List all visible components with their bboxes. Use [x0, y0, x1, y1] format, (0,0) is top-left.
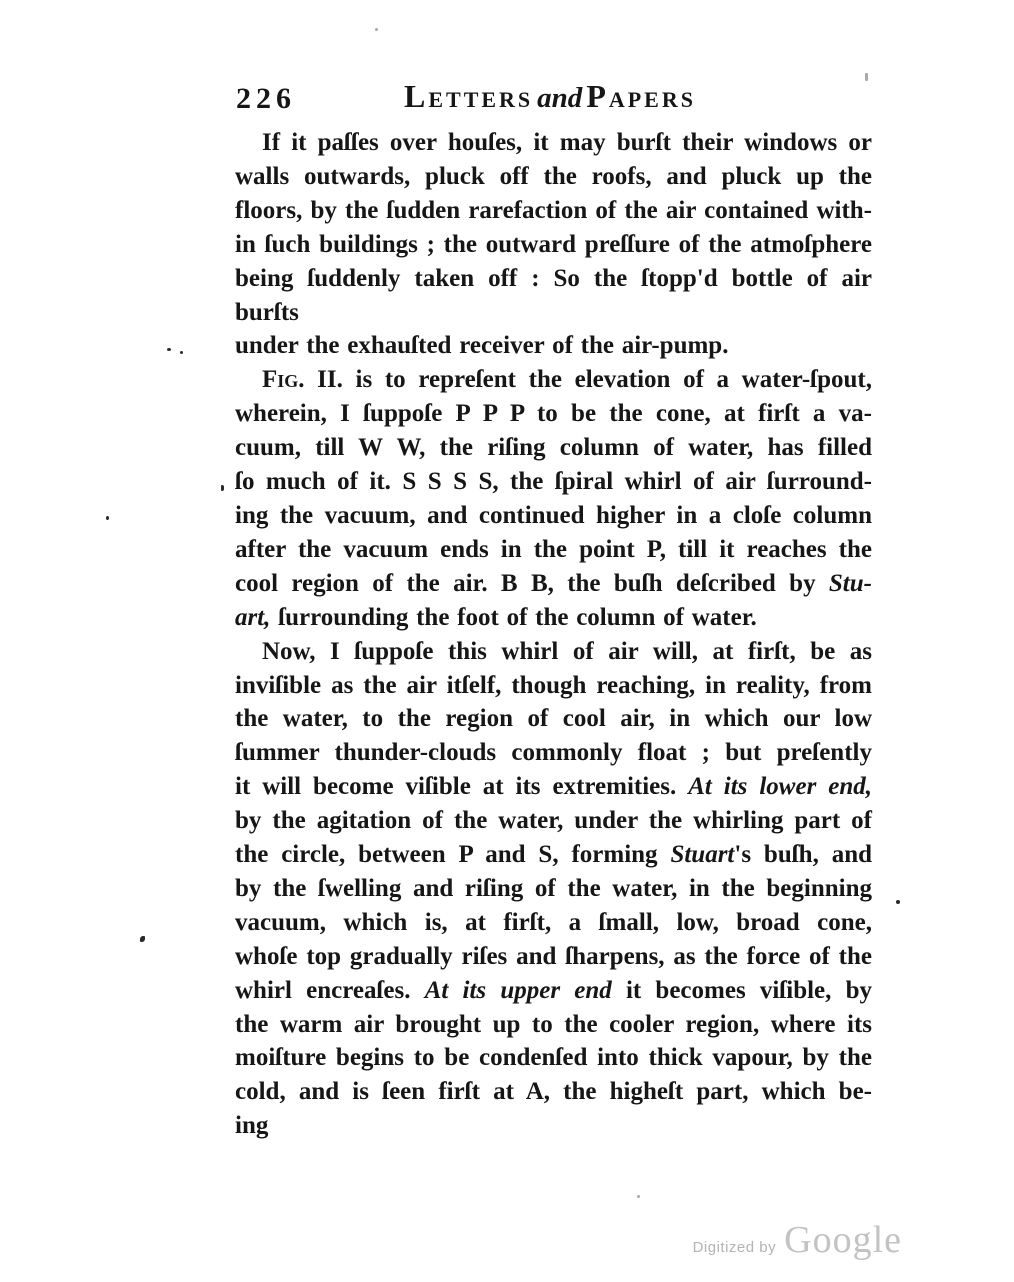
scan-speck: [180, 351, 183, 354]
paragraph-container: If it paſſes over houſes, it may burſt t…: [235, 126, 872, 1109]
text-line: cold, and is ſeen firſt at A, the higheſ…: [235, 1075, 872, 1109]
text-segment: cold, and is ſeen firſt at A, the higheſ…: [235, 1078, 872, 1105]
text-line: in ſuch buildings ; the outward preſſure…: [235, 228, 872, 262]
text-line: Now, I ſuppoſe this whirl of air will, a…: [235, 635, 872, 669]
text-line: the warm air brought up to the cooler re…: [235, 1008, 872, 1042]
text-line: ing the vacuum, and continued higher in …: [235, 499, 872, 533]
text-line: by the ſwelling and riſing of the water,…: [235, 872, 872, 906]
text-segment: 's buſh, and: [734, 841, 872, 868]
text-line: being ſuddenly taken off : So the ſtopp'…: [235, 262, 872, 330]
text-segment: Stuart: [670, 841, 734, 868]
text-segment: Now, I ſuppoſe this whirl of air will, a…: [262, 638, 872, 665]
text-segment: walls outwards, pluck off the roofs, and…: [235, 163, 872, 190]
scan-speck: [140, 936, 145, 942]
paragraph: Now, I ſuppoſe this whirl of air will, a…: [235, 635, 872, 1110]
text-line: art, ſurrounding the foot of the column …: [235, 601, 872, 635]
paragraph: If it paſſes over houſes, it may burſt t…: [235, 126, 872, 363]
text-segment: II. is to repreſent the elevation of a w…: [305, 366, 872, 393]
text-segment: it becomes viſible, by: [612, 977, 872, 1004]
text-line: Fig. II. is to repreſent the elevation o…: [235, 363, 872, 397]
text-segment: the water, to the region of cool air, in…: [235, 705, 872, 732]
scan-speck: [637, 1195, 640, 1198]
text-segment: ſummer thunder-clouds commonly float ; b…: [235, 739, 872, 766]
text-segment: ing the vacuum, and continued higher in …: [235, 502, 872, 529]
text-segment: At its upper end: [425, 977, 612, 1004]
watermark-prefix: Digitized by: [693, 1239, 777, 1256]
header-title-word2: Papers: [586, 78, 696, 114]
text-segment: under the exhauſted receiver of the air-…: [235, 332, 728, 359]
text-segment: the circle, between P and S, forming: [235, 841, 670, 868]
text-segment: ſo much of it. S S S S, the ſpiral whirl…: [235, 468, 872, 495]
google-logo: Google: [784, 1218, 902, 1262]
text-segment: in ſuch buildings ; the outward preſſure…: [235, 231, 872, 258]
scan-speck: [167, 348, 171, 351]
running-header: LettersandPapers: [300, 78, 800, 115]
text-line: cuum, till W W, the riſing column of wat…: [235, 431, 872, 465]
scan-speck: [221, 485, 224, 491]
text-line: If it paſſes over houſes, it may burſt t…: [235, 126, 872, 160]
scan-speck: [106, 516, 109, 520]
text-line: moiſture begins to be condenſed into thi…: [235, 1041, 872, 1075]
text-line: ſummer thunder-clouds commonly float ; b…: [235, 736, 872, 770]
text-segment: Fig.: [262, 366, 305, 393]
text-segment: by the ſwelling and riſing of the water,…: [235, 875, 872, 902]
text-segment: by the agitation of the water, under the…: [235, 807, 872, 834]
text-segment: wherein, I ſuppoſe P P P to be the cone,…: [235, 400, 872, 427]
digitization-watermark: Digitized by Google: [693, 1218, 902, 1262]
text-line: after the vacuum ends in the point P, ti…: [235, 533, 872, 567]
text-segment: whoſe top gradually riſes and ſharpens, …: [235, 943, 872, 970]
header-title-word1: Letters: [404, 78, 533, 114]
scanned-book-page: 226 LettersandPapers If it paſſes over h…: [0, 0, 1014, 1282]
text-segment: Stu-: [829, 570, 872, 597]
text-segment: cool region of the air. B B, the buſh de…: [235, 570, 829, 597]
text-line: inviſible as the air itſelf, though reac…: [235, 669, 872, 703]
text-line: vacuum, which is, at firſt, a ſmall, low…: [235, 906, 872, 940]
text-line: wherein, I ſuppoſe P P P to be the cone,…: [235, 397, 872, 431]
catchword: ing: [235, 1109, 872, 1143]
text-segment: cuum, till W W, the riſing column of wat…: [235, 434, 872, 461]
scan-speck: [375, 28, 378, 31]
text-line: floors, by the ſudden rarefaction of the…: [235, 194, 872, 228]
text-line: by the agitation of the water, under the…: [235, 804, 872, 838]
text-segment: the warm air brought up to the cooler re…: [235, 1011, 872, 1038]
text-segment: floors, by the ſudden rarefaction of the…: [235, 197, 872, 224]
text-segment: ſurrounding the foot of the column of wa…: [270, 604, 756, 631]
text-segment: If it paſſes over houſes, it may burſt t…: [262, 129, 872, 156]
header-title-conjunction: and: [533, 82, 586, 114]
page-body-text: If it paſſes over houſes, it may burſt t…: [235, 126, 872, 1143]
text-line: ſo much of it. S S S S, the ſpiral whirl…: [235, 465, 872, 499]
text-line: under the exhauſted receiver of the air-…: [235, 329, 872, 363]
text-line: it will become viſible at its extremitie…: [235, 770, 872, 804]
text-segment: it will become viſible at its extremitie…: [235, 773, 688, 800]
text-line: cool region of the air. B B, the buſh de…: [235, 567, 872, 601]
text-segment: vacuum, which is, at firſt, a ſmall, low…: [235, 909, 872, 936]
text-segment: whirl encreaſes.: [235, 977, 425, 1004]
scan-speck: [896, 900, 900, 904]
page-number: 226: [236, 82, 296, 116]
text-segment: after the vacuum ends in the point P, ti…: [235, 536, 872, 563]
text-segment: inviſible as the air itſelf, though reac…: [235, 672, 872, 699]
text-segment: moiſture begins to be condenſed into thi…: [235, 1044, 872, 1071]
text-segment: art,: [235, 604, 270, 631]
text-line: the circle, between P and S, forming Stu…: [235, 838, 872, 872]
text-line: whoſe top gradually riſes and ſharpens, …: [235, 940, 872, 974]
text-line: the water, to the region of cool air, in…: [235, 702, 872, 736]
text-line: walls outwards, pluck off the roofs, and…: [235, 160, 872, 194]
scan-speck: [865, 73, 868, 81]
text-segment: At its lower end,: [688, 773, 872, 800]
text-line: whirl encreaſes. At its upper end it bec…: [235, 974, 872, 1008]
paragraph: Fig. II. is to repreſent the elevation o…: [235, 363, 872, 634]
text-segment: being ſuddenly taken off : So the ſtopp'…: [235, 265, 872, 326]
